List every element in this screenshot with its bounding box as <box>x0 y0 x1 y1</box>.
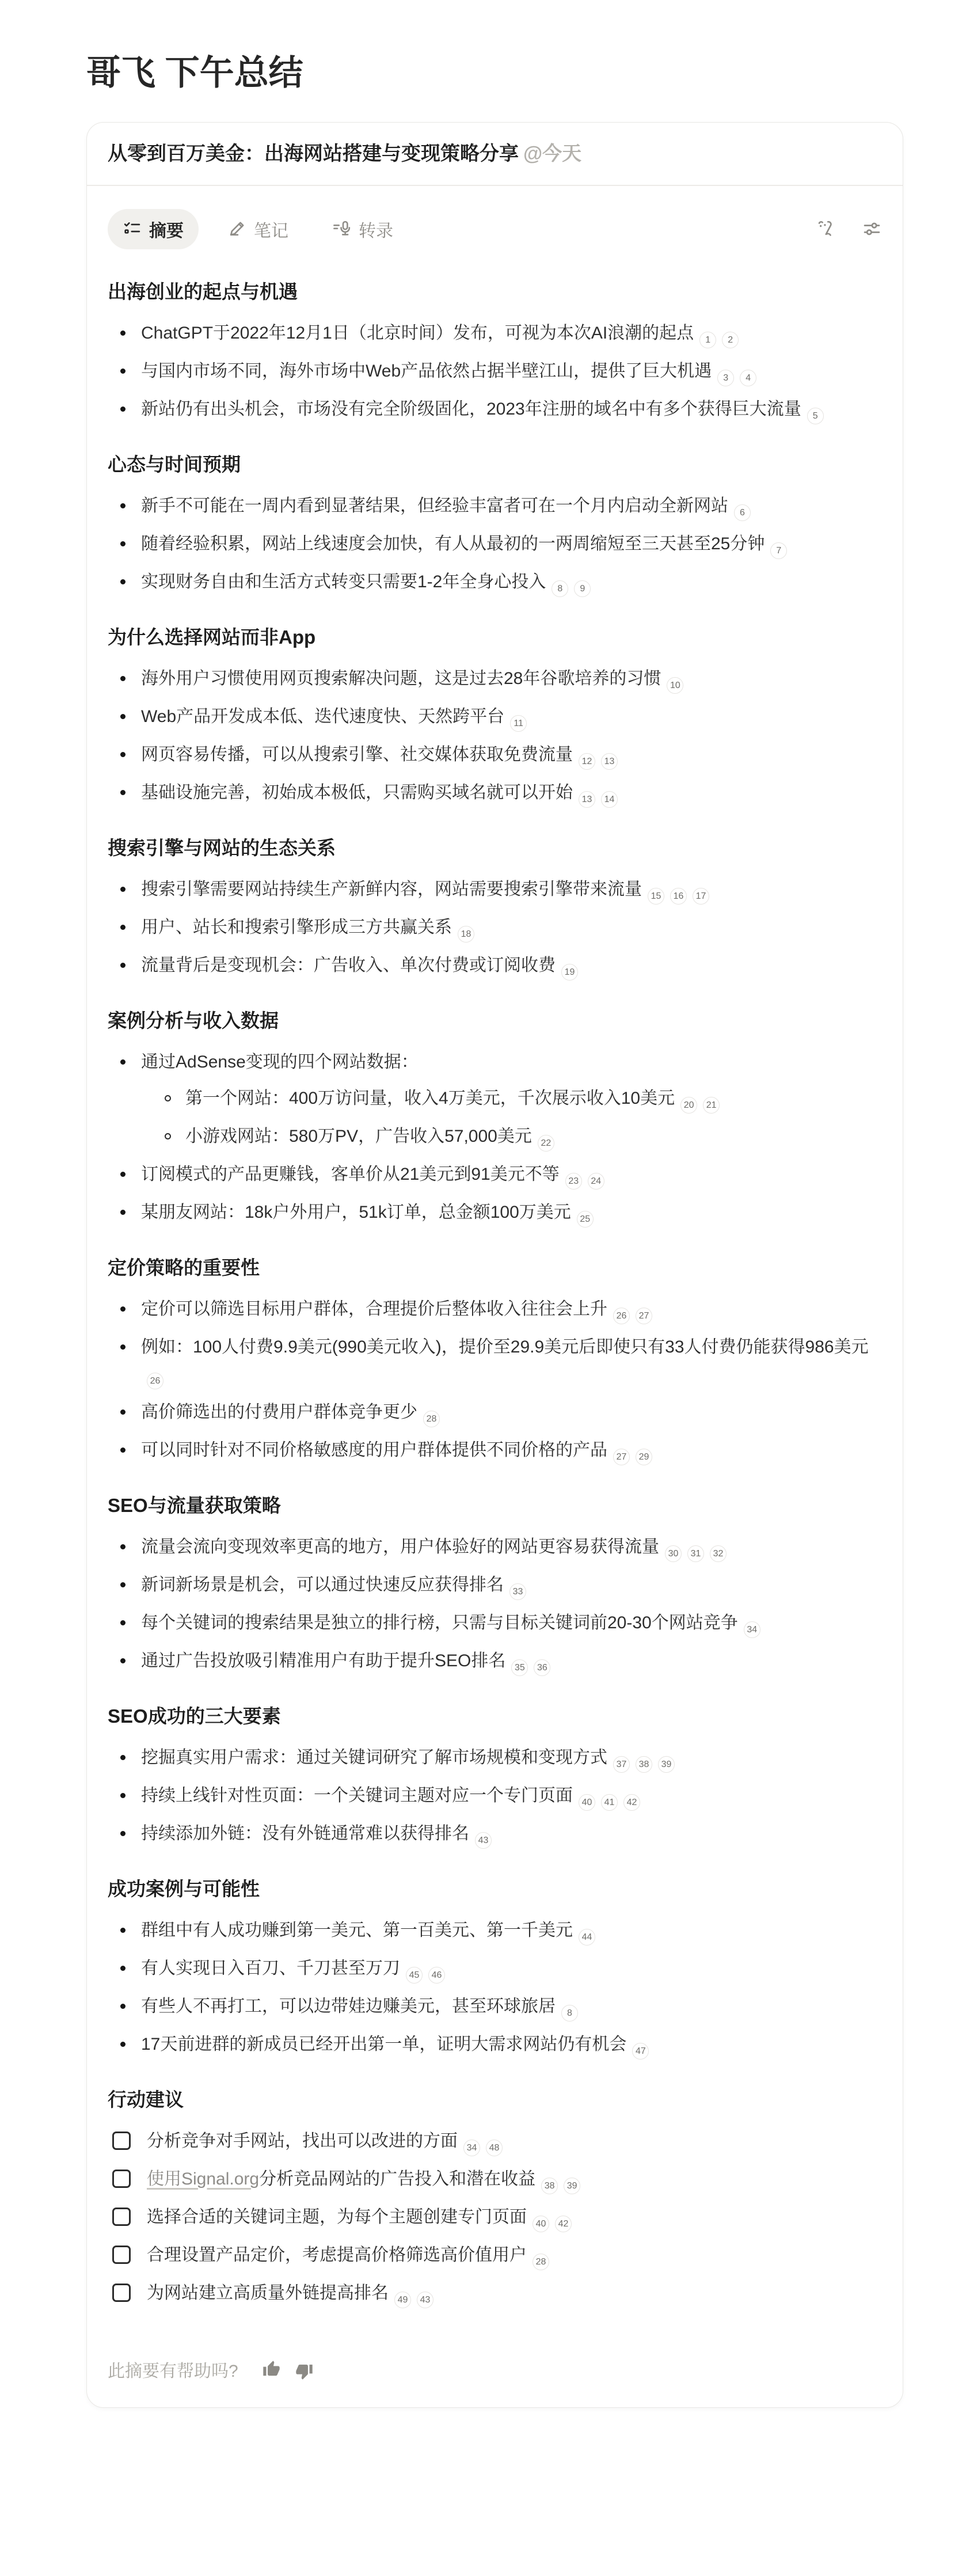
citation-chip[interactable]: 47 <box>632 2043 649 2060</box>
section: 搜索引擎与网站的生态关系搜索引擎需要网站持续生产新鲜内容，网站需要搜索引擎带来流… <box>108 834 882 981</box>
signal-link[interactable]: 使用Signal.org <box>147 2170 259 2189</box>
citation-chip[interactable]: 36 <box>534 1659 550 1676</box>
section-heading: SEO与流量获取策略 <box>108 1492 882 1519</box>
bullet-list: 通过AdSense变现的四个网站数据：第一个网站：400万访问量，收入4万美元，… <box>108 1048 882 1228</box>
item-text: 随着经验积累，网站上线速度会加快，有人从最初的一两周缩短至三天甚至25分钟 <box>141 534 765 553</box>
item-text: 每个关键词的搜索结果是独立的排行榜，只需与目标关键词前20-30个网站竞争 <box>141 1613 738 1632</box>
list-item: 基础设施完善，初始成本极低，只需购买域名就可以开始1314 <box>108 779 882 808</box>
tab-notes[interactable]: 笔记 <box>212 209 303 249</box>
list-item: 流量背后是变现机会：广告收入、单次付费或订阅收费19 <box>108 952 882 981</box>
citation-chip[interactable]: 45 <box>406 1967 423 1984</box>
citation-chip[interactable]: 40 <box>579 1794 595 1811</box>
checklist-item: 合理设置产品定价，考虑提高价格筛选高价值用户28 <box>108 2241 882 2270</box>
item-text: 订阅模式的产品更赚钱，客单价从21美元到91美元不等 <box>141 1165 560 1184</box>
section: 行动建议分析竞争对手网站，找出可以改进的方面3448使用Signal.org分析… <box>108 2086 882 2308</box>
list-item: ChatGPT于2022年12月1日（北京时间）发布，可视为本次AI浪潮的起点1… <box>108 320 882 348</box>
list-item: 例如：100人付费9.9美元(990美元收入)，提价至29.9美元后即使只有33… <box>108 1333 882 1389</box>
citation-chip[interactable]: 19 <box>561 964 578 981</box>
list-item: 订阅模式的产品更赚钱，客单价从21美元到91美元不等2324 <box>108 1161 882 1190</box>
item-text: 第一个网站：400万访问量，收入4万美元，千次展示收入10美元 <box>185 1089 675 1108</box>
item-text: 有人实现日入百刀、千刀甚至万刀 <box>141 1959 400 1978</box>
checklist-item: 为网站建立高质量外链提高排名4943 <box>108 2279 882 2308</box>
list-item: 流量会流向变现效率更高的地方，用户体验好的网站更容易获得流量303132 <box>108 1533 882 1562</box>
item-text: 定价可以筛选目标用户群体，合理提价后整体收入往往会上升 <box>141 1300 607 1319</box>
list-item: 持续上线针对性页面：一个关键词主题对应一个专门页面404142 <box>108 1782 882 1811</box>
checkbox[interactable] <box>112 2208 131 2226</box>
bullet-list: 新手不可能在一周内看到显著结果，但经验丰富者可在一个月内启动全新网站6随着经验积… <box>108 492 882 597</box>
citation-chip[interactable]: 1 <box>699 332 716 348</box>
citation-chip[interactable]: 17 <box>693 888 709 905</box>
item-text: 分析竞争对手网站，找出可以改进的方面 <box>147 2132 458 2151</box>
citation-chip[interactable]: 38 <box>636 1756 652 1773</box>
item-text: 小游戏网站：580万PV，广告收入57,000美元 <box>185 1127 532 1146</box>
bullet-list: 挖掘真实用户需求：通过关键词研究了解市场规模和变现方式373839持续上线针对性… <box>108 1744 882 1849</box>
citation-chip[interactable]: 18 <box>458 926 474 943</box>
section-heading: 心态与时间预期 <box>108 451 882 478</box>
item-text: 新词新场景是机会，可以通过快速反应获得排名 <box>141 1575 504 1594</box>
checklist-item: 选择合适的关键词主题，为每个主题创建专门页面4042 <box>108 2203 882 2232</box>
section-heading: SEO成功的三大要素 <box>108 1703 882 1730</box>
citation-chip[interactable]: 34 <box>744 1621 760 1638</box>
list-item: 持续添加外链：没有外链通常难以获得排名43 <box>108 1820 882 1849</box>
card-title: 从零到百万美金：出海网站搭建与变现策略分享 <box>108 143 519 165</box>
citation-chip[interactable]: 48 <box>486 2140 503 2156</box>
citation-chip[interactable]: 13 <box>579 791 595 808</box>
citation-chip[interactable]: 27 <box>613 1449 630 1465</box>
citation-chip[interactable]: 6 <box>734 504 751 521</box>
item-text: 持续上线针对性页面：一个关键词主题对应一个专门页面 <box>141 1786 573 1805</box>
section: 为什么选择网站而非App海外用户习惯使用网页搜索解决问题，这是过去28年谷歌培养… <box>108 624 882 808</box>
citation-chip[interactable]: 31 <box>687 1545 704 1562</box>
citation-chip[interactable]: 8 <box>561 2005 578 2022</box>
citation-chip[interactable]: 33 <box>509 1583 526 1600</box>
list-item: 新词新场景是机会，可以通过快速反应获得排名33 <box>108 1571 882 1600</box>
item-text: 通过广告投放吸引精准用户有助于提升SEO排名 <box>141 1651 505 1670</box>
list-item: 通过AdSense变现的四个网站数据：第一个网站：400万访问量，收入4万美元，… <box>108 1048 882 1152</box>
list-item: 群组中有人成功赚到第一美元、第一百美元、第一千美元44 <box>108 1917 882 1946</box>
list-item: 挖掘真实用户需求：通过关键词研究了解市场规模和变现方式373839 <box>108 1744 882 1773</box>
citation-chip[interactable]: 30 <box>665 1545 682 1562</box>
item-text: 与国内市场不同，海外市场中Web产品依然占据半壁江山，提供了巨大机遇 <box>141 362 712 381</box>
checklist-item: 使用Signal.org分析竞品网站的广告投入和潜在收益3839 <box>108 2165 882 2194</box>
citation-chip[interactable]: 42 <box>555 2216 572 2232</box>
section-heading: 搜索引擎与网站的生态关系 <box>108 834 882 862</box>
section-heading: 出海创业的起点与机遇 <box>108 278 882 306</box>
item-text: ChatGPT于2022年12月1日（北京时间）发布，可视为本次AI浪潮的起点 <box>141 324 694 343</box>
section: SEO成功的三大要素挖掘真实用户需求：通过关键词研究了解市场规模和变现方式373… <box>108 1703 882 1849</box>
bullet-list: 群组中有人成功赚到第一美元、第一百美元、第一千美元44有人实现日入百刀、千刀甚至… <box>108 1917 882 2060</box>
section-heading: 定价策略的重要性 <box>108 1254 882 1282</box>
list-item: 随着经验积累，网站上线速度会加快，有人从最初的一两周缩短至三天甚至25分钟7 <box>108 530 882 559</box>
sub-list-item: 小游戏网站：580万PV，广告收入57,000美元22 <box>152 1123 882 1152</box>
item-text: 新站仍有出头机会，市场没有完全阶级固化，2023年注册的域名中有多个获得巨大流量 <box>141 400 801 419</box>
citation-chip[interactable]: 15 <box>648 888 664 905</box>
page-title: 哥飞 下午总结 <box>86 51 966 96</box>
item-text: 群组中有人成功赚到第一美元、第一百美元、第一千美元 <box>141 1921 573 1940</box>
citation-chip[interactable]: 13 <box>601 753 618 770</box>
list-item: 新手不可能在一周内看到显著结果，但经验丰富者可在一个月内启动全新网站6 <box>108 492 882 521</box>
citation-chip[interactable]: 16 <box>670 888 687 905</box>
item-text: 可以同时针对不同价格敏感度的用户群体提供不同价格的产品 <box>141 1441 607 1460</box>
thumbs-up-icon[interactable] <box>263 2360 280 2378</box>
pencil-icon <box>227 219 246 238</box>
item-text: 持续添加外链：没有外链通常难以获得排名 <box>141 1824 469 1843</box>
summary-card: 从零到百万美金：出海网站搭建与变现策略分享@今天 摘要 <box>86 122 903 2408</box>
checkbox[interactable] <box>112 2170 131 2188</box>
tab-summary[interactable]: 摘要 <box>108 209 199 249</box>
citation-chip[interactable]: 5 <box>807 408 824 424</box>
item-text: 有些人不再打工，可以边带娃边赚美元，甚至环球旅居 <box>141 1997 556 2016</box>
tab-bar: 摘要 笔记 <box>87 186 903 249</box>
card-toolbar <box>815 219 882 239</box>
citation-chip[interactable]: 49 <box>394 2292 411 2308</box>
item-text: 用户、站长和搜索引擎形成三方共赢关系 <box>141 918 452 937</box>
item-text: 分析竞品网站的广告投入和潜在收益 <box>259 2170 535 2189</box>
bullet-list: 流量会流向变现效率更高的地方，用户体验好的网站更容易获得流量303132新词新场… <box>108 1533 882 1676</box>
microphone-icon <box>332 219 351 238</box>
item-text: 流量会流向变现效率更高的地方，用户体验好的网站更容易获得流量 <box>141 1537 659 1556</box>
sub-list-item: 第一个网站：400万访问量，收入4万美元，千次展示收入10美元2021 <box>152 1085 882 1114</box>
item-text: 17天前进群的新成员已经开出第一单，证明大需求网站仍有机会 <box>141 2035 626 2054</box>
page: 哥飞 下午总结 从零到百万美金：出海网站搭建与变现策略分享@今天 摘要 <box>0 0 966 2576</box>
citation-chip[interactable]: 4 <box>740 370 756 386</box>
citation-chip[interactable]: 43 <box>475 1832 492 1849</box>
citation-chip[interactable]: 20 <box>680 1097 697 1114</box>
list-item: 搜索引擎需要网站持续生产新鲜内容，网站需要搜索引擎带来流量151617 <box>108 876 882 905</box>
list-item: 某朋友网站：18k户外用户，51k订单，总金额100万美元25 <box>108 1199 882 1228</box>
item-text: 实现财务自由和生活方式转变只需要1-2年全身心投入 <box>141 572 546 591</box>
section: 定价策略的重要性定价可以筛选目标用户群体，合理提价后整体收入往往会上升2627例… <box>108 1254 882 1465</box>
checklist-item: 分析竞争对手网站，找出可以改进的方面3448 <box>108 2127 882 2156</box>
tab-transcript-label: 转录 <box>359 216 393 242</box>
citation-chip[interactable]: 29 <box>636 1449 652 1465</box>
citation-chip[interactable]: 25 <box>577 1211 594 1228</box>
item-text: 网页容易传播，可以从搜索引擎、社交媒体获取免费流量 <box>141 745 573 764</box>
citation-chip[interactable]: 10 <box>667 677 683 694</box>
citation-chip[interactable]: 28 <box>423 1411 440 1427</box>
citation-chip[interactable]: 22 <box>538 1135 554 1152</box>
section: 成功案例与可能性群组中有人成功赚到第一美元、第一百美元、第一千美元44有人实现日… <box>108 1875 882 2060</box>
list-item: 网页容易传播，可以从搜索引擎、社交媒体获取免费流量1213 <box>108 741 882 770</box>
section: 出海创业的起点与机遇ChatGPT于2022年12月1日（北京时间）发布，可视为… <box>108 278 882 424</box>
list-item: 与国内市场不同，海外市场中Web产品依然占据半壁江山，提供了巨大机遇34 <box>108 358 882 386</box>
list-item: 通过广告投放吸引精准用户有助于提升SEO排名3536 <box>108 1647 882 1676</box>
citation-chip[interactable]: 28 <box>533 2254 549 2270</box>
item-text: 新手不可能在一周内看到显著结果，但经验丰富者可在一个月内启动全新网站 <box>141 496 728 515</box>
citation-chip[interactable]: 12 <box>579 753 595 770</box>
citation-chip[interactable]: 34 <box>463 2140 480 2156</box>
list-item: 有人实现日入百刀、千刀甚至万刀4546 <box>108 1955 882 1984</box>
citation-chip[interactable]: 21 <box>703 1097 720 1114</box>
tab-summary-label: 摘要 <box>149 216 184 242</box>
section: 案例分析与收入数据通过AdSense变现的四个网站数据：第一个网站：400万访问… <box>108 1007 882 1228</box>
feedback-row: 此摘要有帮助吗? <box>87 2357 903 2382</box>
citation-chip[interactable]: 41 <box>601 1794 618 1811</box>
citation-chip[interactable]: 23 <box>565 1173 582 1190</box>
item-text: 搜索引擎需要网站持续生产新鲜内容，网站需要搜索引擎带来流量 <box>141 880 642 899</box>
summary-checklist-icon <box>123 219 142 238</box>
citation-chip[interactable]: 39 <box>658 1756 675 1773</box>
list-item: 海外用户习惯使用网页搜索解决问题，这是过去28年谷歌培养的习惯10 <box>108 665 882 694</box>
checkbox[interactable] <box>112 2132 131 2150</box>
citation-chip[interactable]: 11 <box>510 715 527 732</box>
feedback-question: 此摘要有帮助吗? <box>108 2357 238 2382</box>
citation-chip[interactable]: 32 <box>710 1545 727 1562</box>
sub-list: 第一个网站：400万访问量，收入4万美元，千次展示收入10美元2021小游戏网站… <box>152 1085 882 1152</box>
item-text: 基础设施完善，初始成本极低，只需购买域名就可以开始 <box>141 783 573 802</box>
citation-chip[interactable]: 44 <box>579 1929 595 1946</box>
item-text: 某朋友网站：18k户外用户，51k订单，总金额100万美元 <box>141 1203 571 1222</box>
section: 心态与时间预期新手不可能在一周内看到显著结果，但经验丰富者可在一个月内启动全新网… <box>108 451 882 597</box>
citation-chip[interactable]: 9 <box>574 580 591 597</box>
citation-chip[interactable]: 43 <box>417 2292 433 2308</box>
item-text: 选择合适的关键词主题，为每个主题创建专门页面 <box>147 2208 527 2227</box>
bullet-list: 搜索引擎需要网站持续生产新鲜内容，网站需要搜索引擎带来流量151617用户、站长… <box>108 876 882 981</box>
section-heading: 成功案例与可能性 <box>108 1875 882 1903</box>
item-text: 合理设置产品定价，考虑提高价格筛选高价值用户 <box>147 2246 527 2265</box>
list-item: 实现财务自由和生活方式转变只需要1-2年全身心投入89 <box>108 568 882 597</box>
citation-chip[interactable]: 39 <box>564 2178 580 2194</box>
citation-chip[interactable]: 14 <box>601 791 618 808</box>
list-item: 可以同时针对不同价格敏感度的用户群体提供不同价格的产品2729 <box>108 1437 882 1465</box>
summary-content: 出海创业的起点与机遇ChatGPT于2022年12月1日（北京时间）发布，可视为… <box>87 249 903 2308</box>
item-text: 海外用户习惯使用网页搜索解决问题，这是过去28年谷歌培养的习惯 <box>141 669 661 688</box>
citation-chip[interactable]: 26 <box>613 1308 630 1324</box>
card-header: 从零到百万美金：出海网站搭建与变现策略分享@今天 <box>87 123 903 185</box>
ai-assistant-icon[interactable] <box>815 219 835 239</box>
checklist: 分析竞争对手网站，找出可以改进的方面3448使用Signal.org分析竞品网站… <box>108 2127 882 2308</box>
citation-chip[interactable]: 7 <box>770 542 787 559</box>
item-text: 例如：100人付费9.9美元(990美元收入)，提价至29.9美元后即使只有33… <box>141 1338 869 1357</box>
citation-chip[interactable]: 37 <box>613 1756 630 1773</box>
list-item: 17天前进群的新成员已经开出第一单，证明大需求网站仍有机会47 <box>108 2031 882 2060</box>
citation-chip[interactable]: 26 <box>147 1373 163 1389</box>
tab-notes-label: 笔记 <box>254 216 288 242</box>
list-item: 定价可以筛选目标用户群体，合理提价后整体收入往往会上升2627 <box>108 1295 882 1324</box>
section-heading: 案例分析与收入数据 <box>108 1007 882 1035</box>
citation-chip[interactable]: 42 <box>623 1794 640 1811</box>
citation-chip[interactable]: 27 <box>636 1308 652 1324</box>
thumbs-down-icon[interactable] <box>295 2362 313 2380</box>
checkbox[interactable] <box>112 2284 131 2302</box>
list-item: 有些人不再打工，可以边带娃边赚美元，甚至环球旅居8 <box>108 1993 882 2022</box>
card-title-date: @今天 <box>523 143 581 165</box>
tab-transcript[interactable]: 转录 <box>317 209 408 249</box>
citation-chip[interactable]: 46 <box>428 1967 445 1984</box>
list-item: 高价筛选出的付费用户群体竞争更少28 <box>108 1399 882 1427</box>
bullet-list: 定价可以筛选目标用户群体，合理提价后整体收入往往会上升2627例如：100人付费… <box>108 1295 882 1465</box>
citation-chip[interactable]: 8 <box>552 580 568 597</box>
item-text: Web产品开发成本低、迭代速度快、天然跨平台 <box>141 707 504 726</box>
list-item: 新站仍有出头机会，市场没有完全阶级固化，2023年注册的域名中有多个获得巨大流量… <box>108 396 882 424</box>
section: SEO与流量获取策略流量会流向变现效率更高的地方，用户体验好的网站更容易获得流量… <box>108 1492 882 1676</box>
citation-chip[interactable]: 40 <box>533 2216 549 2232</box>
bullet-list: 海外用户习惯使用网页搜索解决问题，这是过去28年谷歌培养的习惯10Web产品开发… <box>108 665 882 808</box>
item-text: 为网站建立高质量外链提高排名 <box>147 2284 389 2303</box>
list-item: Web产品开发成本低、迭代速度快、天然跨平台11 <box>108 703 882 732</box>
section-heading: 为什么选择网站而非App <box>108 624 882 651</box>
item-text: 挖掘真实用户需求：通过关键词研究了解市场规模和变现方式 <box>141 1748 607 1767</box>
list-item: 用户、站长和搜索引擎形成三方共赢关系18 <box>108 914 882 943</box>
citation-chip[interactable]: 35 <box>511 1659 528 1676</box>
bullet-list: ChatGPT于2022年12月1日（北京时间）发布，可视为本次AI浪潮的起点1… <box>108 320 882 424</box>
item-text: 流量背后是变现机会：广告收入、单次付费或订阅收费 <box>141 956 556 975</box>
citation-chip[interactable]: 38 <box>541 2178 558 2194</box>
list-item: 每个关键词的搜索结果是独立的排行榜，只需与目标关键词前20-30个网站竞争34 <box>108 1609 882 1638</box>
citation-chip[interactable]: 2 <box>722 332 739 348</box>
sliders-icon[interactable] <box>862 219 882 239</box>
citation-chip[interactable]: 24 <box>588 1173 604 1190</box>
citation-chip[interactable]: 3 <box>717 370 734 386</box>
checkbox[interactable] <box>112 2246 131 2264</box>
item-text: 通过AdSense变现的四个网站数据： <box>141 1053 419 1072</box>
section-heading: 行动建议 <box>108 2086 882 2114</box>
item-text: 高价筛选出的付费用户群体竞争更少 <box>141 1403 417 1422</box>
